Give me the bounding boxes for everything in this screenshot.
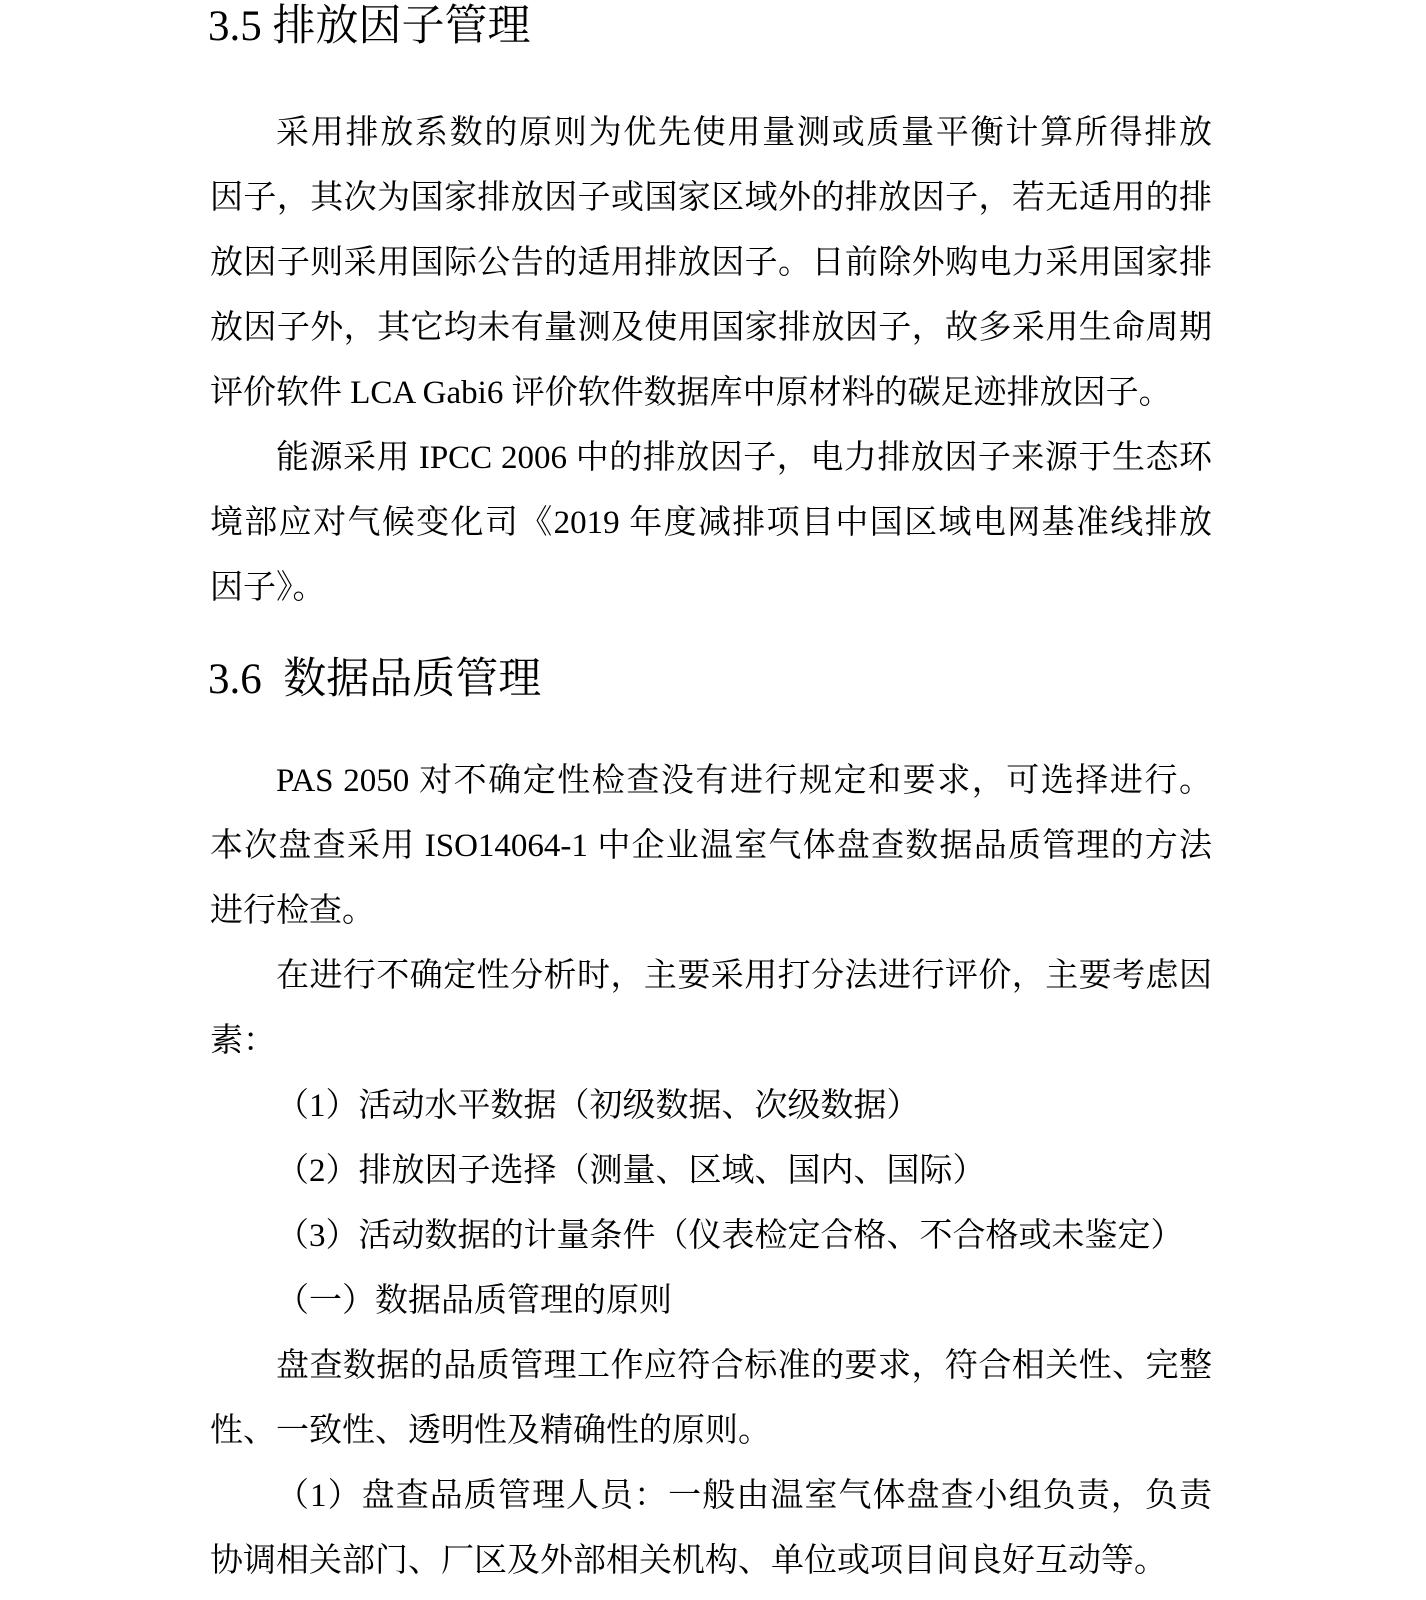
section-heading-3-5: 3.5 排放因子管理: [208, 2, 531, 52]
text-line: PAS 2050 对不确定性检查没有进行规定和要求，可选择进行。: [210, 749, 1212, 814]
text-line: 素：: [210, 1009, 1212, 1074]
list-item: （3）活动数据的计量条件（仪表检定合格、不合格或未鉴定）: [210, 1204, 1212, 1269]
section-3-5-body: 采用排放系数的原则为优先使用量测或质量平衡计算所得排放 因子，其次为国家排放因子…: [210, 101, 1212, 621]
text-line: 因子》。: [210, 556, 1212, 621]
text-line: 能源采用 IPCC 2006 中的排放因子，电力排放因子来源于生态环: [210, 426, 1212, 491]
section-heading-3-6: 3.6 数据品质管理: [208, 655, 541, 705]
list-item: （2）排放因子选择（测量、区域、国内、国际）: [210, 1139, 1212, 1204]
text-line: 协调相关部门、厂区及外部相关机构、单位或项目间良好互动等。: [210, 1529, 1212, 1594]
text-line: 在进行不确定性分析时，主要采用打分法进行评价，主要考虑因: [210, 944, 1212, 1009]
text-line: 放因子则采用国际公告的适用排放因子。日前除外购电力采用国家排: [210, 231, 1212, 296]
text-line: 进行检查。: [210, 879, 1212, 944]
text-line: 性、一致性、透明性及精确性的原则。: [210, 1399, 1212, 1464]
section-3-6-body: PAS 2050 对不确定性检查没有进行规定和要求，可选择进行。 本次盘查采用 …: [210, 749, 1212, 1594]
text-line: 放因子外，其它均未有量测及使用国家排放因子，故多采用生命周期: [210, 296, 1212, 361]
text-line: 采用排放系数的原则为优先使用量测或质量平衡计算所得排放: [210, 101, 1212, 166]
text-line: 盘查数据的品质管理工作应符合标准的要求，符合相关性、完整: [210, 1334, 1212, 1399]
document-page: 3.5 排放因子管理 采用排放系数的原则为优先使用量测或质量平衡计算所得排放 因…: [0, 0, 1426, 1600]
text-line: 因子，其次为国家排放因子或国家区域外的排放因子，若无适用的排: [210, 166, 1212, 231]
list-item: （一）数据品质管理的原则: [210, 1269, 1212, 1334]
text-line: （1）盘查品质管理人员：一般由温室气体盘查小组负责，负责: [210, 1464, 1212, 1529]
text-line: 评价软件 LCA Gabi6 评价软件数据库中原材料的碳足迹排放因子。: [210, 361, 1212, 426]
text-line: 境部应对气候变化司《2019 年度减排项目中国区域电网基准线排放: [210, 491, 1212, 556]
list-item: （1）活动水平数据（初级数据、次级数据）: [210, 1074, 1212, 1139]
text-line: 本次盘查采用 ISO14064-1 中企业温室气体盘查数据品质管理的方法: [210, 814, 1212, 879]
